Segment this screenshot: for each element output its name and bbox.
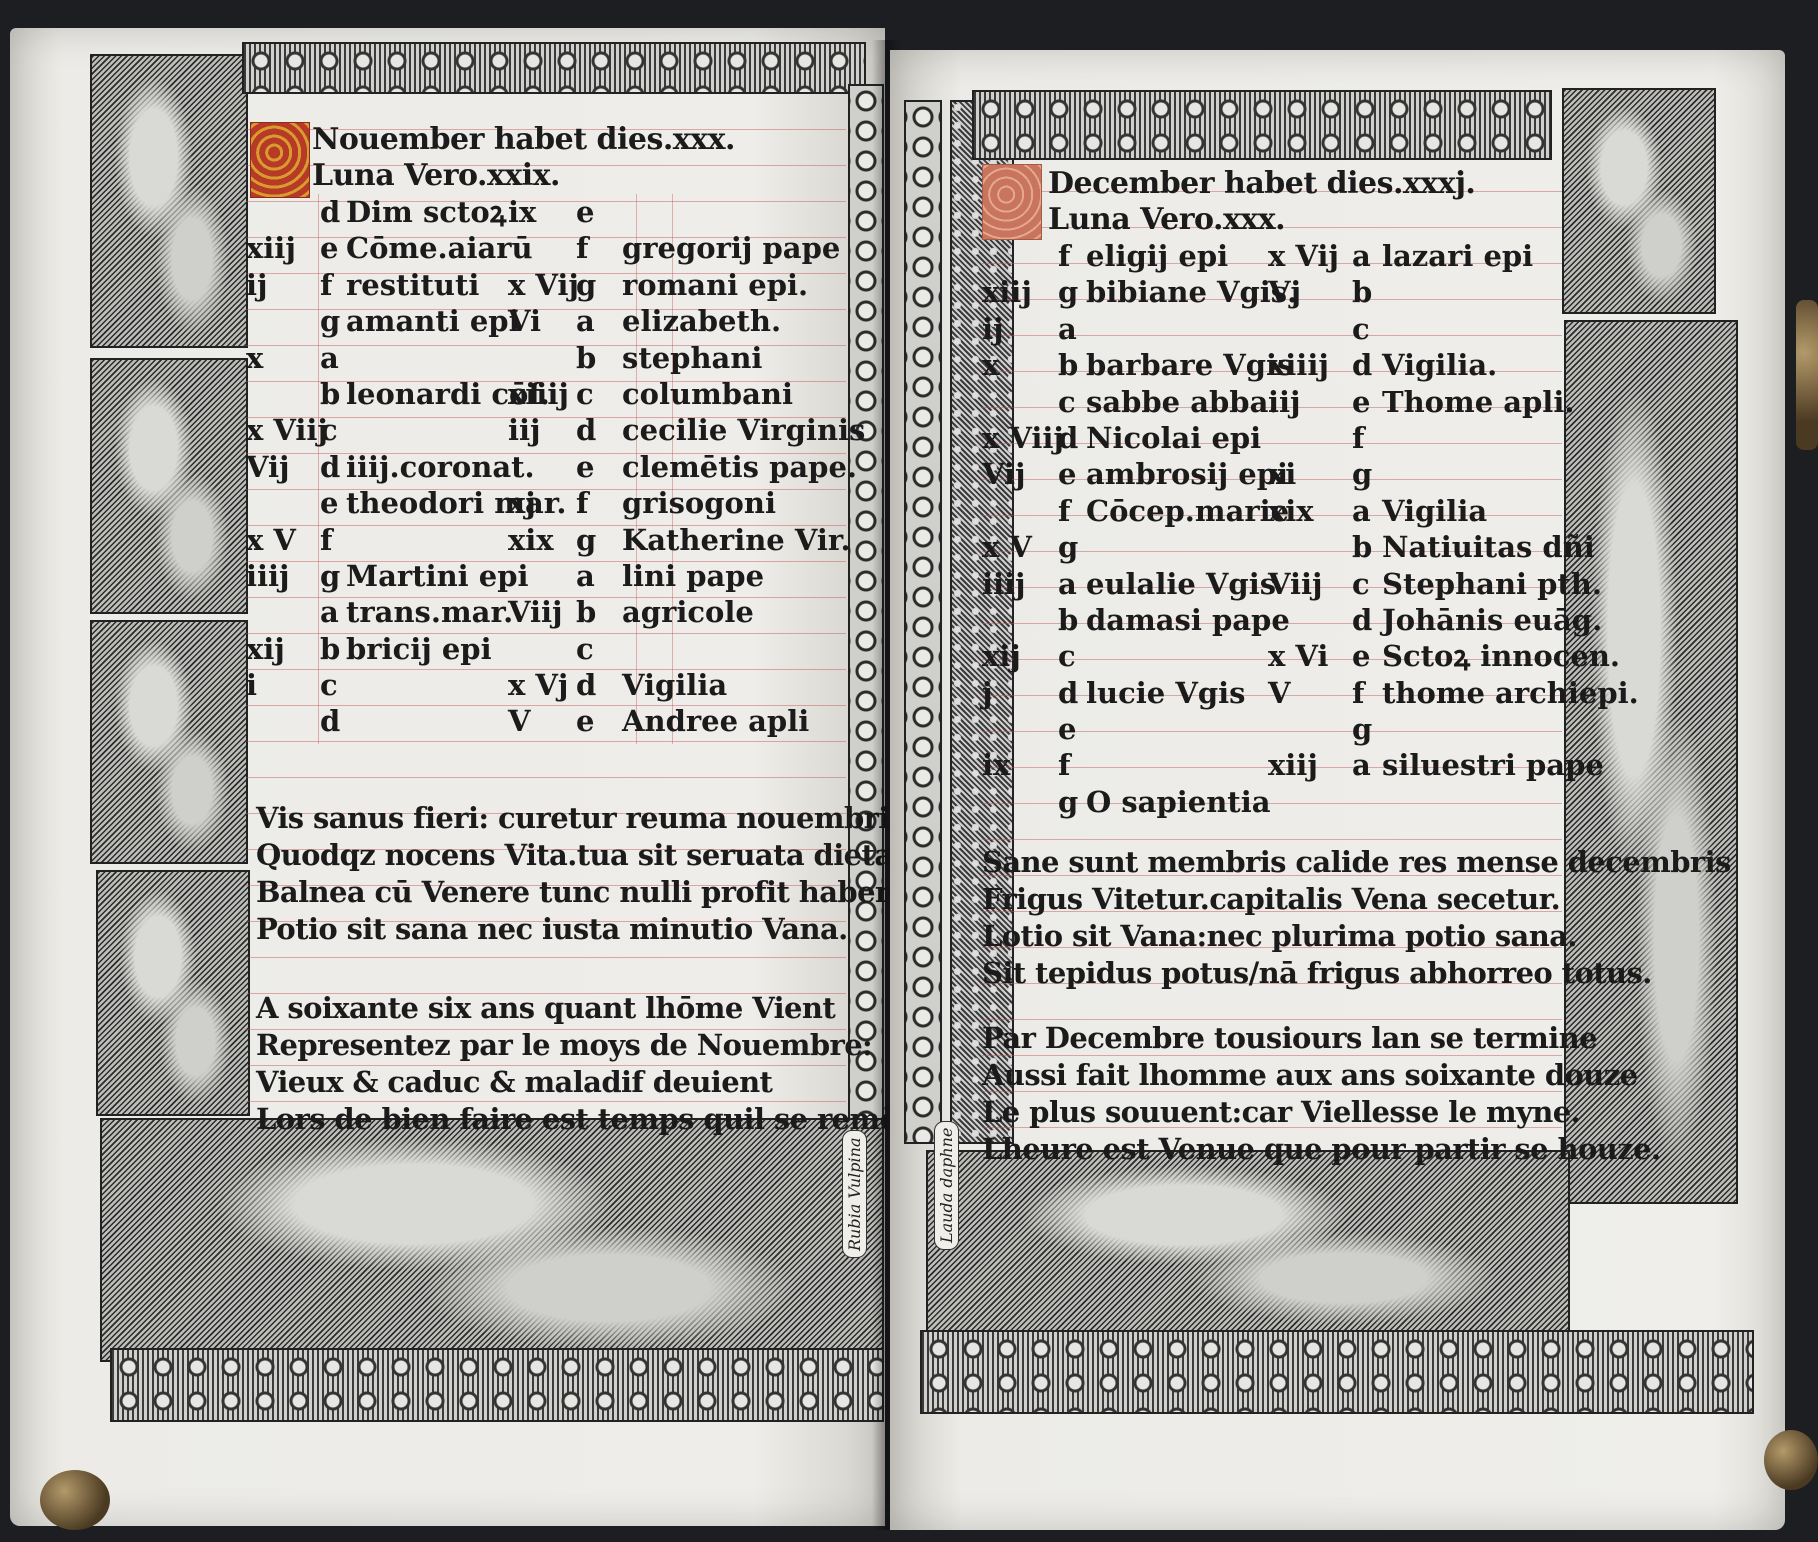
calendar-row: xabstephani (246, 340, 846, 376)
feast-name: restituti (346, 267, 479, 303)
golden-number: xj (508, 485, 536, 521)
verse-line: Frigus Vitetur.capitalis Vena secetur. (982, 881, 1731, 918)
feast-name: iiij.coronat. (346, 449, 535, 485)
feast-name: bibiane Vgis. (1086, 274, 1297, 310)
book-clasp-right (1764, 1430, 1818, 1490)
feast-name: trans.mar. (346, 594, 513, 630)
dominical-letter: g (576, 522, 596, 558)
dominical-letter: d (320, 194, 340, 230)
dominical-letter: e (1352, 384, 1370, 420)
feast-name: grisogoni (622, 485, 776, 521)
golden-number: x Viij (246, 412, 328, 448)
golden-number: V (1268, 675, 1291, 711)
feast-name: Dim sctoꝝ (346, 194, 506, 230)
golden-number: xiiij (1268, 347, 1329, 383)
verse-line: Potio sit sana nec iusta minutio Vana. (256, 911, 917, 948)
feast-name: lucie Vgis (1086, 675, 1245, 711)
calendar-table-december: feligij epix Vijalazari epixiijgbibiane … (982, 238, 1562, 820)
calendar-row: fCōcep.mariexixaVigilia (982, 493, 1562, 529)
dominical-letter: f (1058, 238, 1070, 274)
woodcut-zodiac-scene (90, 358, 248, 614)
verse-line: Lheure est Venue que pour partir se houz… (982, 1131, 1660, 1168)
dominical-letter: c (576, 376, 594, 412)
calendar-row: feligij epix Vijalazari epi (982, 238, 1562, 274)
dominical-letter: f (1058, 493, 1070, 529)
woodcut-labor-scene-top (90, 54, 248, 348)
calendar-row: x ViijdNicolai epif (982, 420, 1562, 456)
golden-number: ij (246, 267, 268, 303)
dominical-letter: e (320, 230, 338, 266)
latin-verse: Sane sunt membris calide res mense decem… (982, 844, 1731, 992)
feast-name: Vigilia (622, 667, 727, 703)
woodcut-foliage-figure-2 (96, 870, 250, 1116)
golden-number: Viij (508, 594, 563, 630)
dominical-letter: g (576, 267, 596, 303)
golden-number: Vj (1268, 274, 1301, 310)
dominical-letter: b (1058, 347, 1078, 383)
feast-name: Vigilia. (1382, 347, 1497, 383)
calendar-row: ixfxiijasiluestri pape (982, 747, 1562, 783)
calendar-row: ijfrestitutix Vijgromani epi. (246, 267, 846, 303)
golden-number: xiij (1268, 747, 1318, 783)
dominical-letter: e (1058, 711, 1076, 747)
woodcut-bottom-scene (926, 1150, 1570, 1334)
verse-line: Aussi fait lhomme aux ans soixante douze (982, 1057, 1660, 1094)
dominical-letter: e (576, 703, 594, 739)
dominical-letter: g (1058, 529, 1078, 565)
verse-line: Lors de bien faire est temps quil se rem… (256, 1101, 959, 1138)
verse-line: Sit tepidus potus/nā frigus abhorreo tot… (982, 955, 1731, 992)
golden-number: xiij (246, 230, 296, 266)
calendar-row: gO sapientia (982, 784, 1562, 820)
dominical-letter: c (576, 631, 594, 667)
golden-number: ix (508, 194, 536, 230)
golden-number: x Viij (982, 420, 1064, 456)
dominical-letter: a (1352, 747, 1371, 783)
calendar-row: atrans.mar.Viijbagricole (246, 594, 846, 630)
golden-number: xiij (982, 274, 1032, 310)
calendar-row: ijac (982, 311, 1562, 347)
feast-name: lazari epi (1382, 238, 1533, 274)
verse-line: Quodqz nocens Vita.tua sit seruata dieta… (256, 837, 917, 874)
dominical-letter: b (1352, 529, 1372, 565)
golden-number: Vij (246, 449, 290, 485)
dominical-letter: d (320, 449, 340, 485)
golden-number: i (246, 667, 257, 703)
dominical-letter: e (576, 449, 594, 485)
verse-line: Balnea cū Venere tunc nulli profit haber… (256, 874, 917, 911)
dominical-letter: g (1352, 456, 1372, 492)
feast-name: columbani (622, 376, 793, 412)
scroll-label: Lauda daphne (934, 1121, 959, 1250)
golden-number: iij (508, 412, 541, 448)
dominical-letter: d (1352, 347, 1372, 383)
dominical-letter: d (576, 412, 596, 448)
verse-line: Vis sanus fieri: curetur reuma nouembri. (256, 800, 917, 837)
feast-name: Johānis euāg. (1382, 602, 1602, 638)
french-verse: A soixante six ans quant lhōme Vient Rep… (256, 990, 959, 1138)
dominical-letter: c (1352, 311, 1370, 347)
golden-number: Vij (982, 456, 1026, 492)
lunar-line: Luna Vero.xxix. (312, 158, 560, 194)
golden-number: xi (1268, 456, 1296, 492)
feast-name: siluestri pape (1382, 747, 1604, 783)
verse-line: Lotio sit Vana:nec plurima potio sana. (982, 918, 1731, 955)
feast-name: Stephani pth. (1382, 566, 1602, 602)
dominical-letter: d (1058, 420, 1078, 456)
woodcut-bottom-plinth (110, 1348, 884, 1422)
scroll-label: Rubia Vulpina (842, 1131, 867, 1259)
dominical-letter: c (320, 412, 338, 448)
verse-line: A soixante six ans quant lhōme Vient (256, 990, 959, 1027)
dominical-letter: e (320, 485, 338, 521)
feast-name: Thome apli. (1382, 384, 1574, 420)
golden-number: x Vij (1268, 238, 1339, 274)
calendar-row: x Viijciijdcecilie Virginis (246, 412, 846, 448)
dominical-letter: c (320, 667, 338, 703)
woodcut-top-frieze (242, 42, 866, 94)
calendar-row: bleonardi cōf.xiiijccolumbani (246, 376, 846, 412)
feast-name: Martini epi (346, 558, 529, 594)
feast-name: Cōcep.marie (1086, 493, 1289, 529)
month-heading: December habet dies.xxxj. (1048, 166, 1475, 202)
feast-name: bricij epi (346, 631, 492, 667)
calendar-row: icx VjdVigilia (246, 667, 846, 703)
dominical-letter: e (1058, 456, 1076, 492)
decorated-initial-icon (250, 122, 310, 198)
calendar-row: xiijeCōme.aiarūfgregorij pape (246, 230, 846, 266)
book-clasp-left (40, 1470, 110, 1530)
feast-name: lini pape (622, 558, 764, 594)
calendar-row: x VgbNatiuitas dñi (982, 529, 1562, 565)
feast-name: amanti epi (346, 303, 520, 339)
golden-number: x Vi (1268, 638, 1328, 674)
golden-number: x Vij (508, 267, 579, 303)
dominical-letter: c (1352, 566, 1370, 602)
feast-name: Katherine Vir. (622, 522, 851, 558)
golden-number: xiiij (508, 376, 569, 412)
feast-name: Sctoꝝ innocen. (1382, 638, 1620, 674)
dominical-letter: f (576, 485, 588, 521)
left-text-block: Nouember habet dies.xxx. Luna Vero.xxix.… (246, 94, 846, 1114)
calendar-row: xbbarbare VgisxiiijdVigilia. (982, 347, 1562, 383)
woodcut-top-frieze (972, 90, 1552, 160)
feast-name: sabbe abba. (1086, 384, 1278, 420)
dominical-letter: b (576, 340, 596, 376)
dominical-letter: g (1058, 784, 1078, 820)
golden-number: V (508, 703, 531, 739)
dominical-letter: g (1352, 711, 1372, 747)
decorated-initial-icon (982, 164, 1042, 240)
feast-name: cecilie Virginis (622, 412, 865, 448)
dominical-letter: g (320, 558, 340, 594)
golden-number: x (982, 347, 999, 383)
calendar-row: dDim sctoꝝixe (246, 194, 846, 230)
golden-number: x V (246, 522, 296, 558)
verse-line: Par Decembre tousiours lan se termine (982, 1020, 1660, 1057)
calendar-row: Vijeambrosij epixig (982, 456, 1562, 492)
calendar-row: iiijgMartini epialini pape (246, 558, 846, 594)
dominical-letter: f (576, 230, 588, 266)
dominical-letter: d (320, 703, 340, 739)
golden-number: xij (246, 631, 285, 667)
calendar-row: dVeAndree apli (246, 703, 846, 739)
golden-number: Viij (1268, 566, 1323, 602)
golden-number: iiij (982, 566, 1026, 602)
french-verse: Par Decembre tousiours lan se termine Au… (982, 1020, 1660, 1168)
right-page-december: Lauda daphne December habet dies.xxxj. L… (890, 50, 1785, 1530)
calendar-table-november: dDim sctoꝝixexiijeCōme.aiarūfgregorij pa… (246, 194, 846, 740)
feast-name: damasi pape (1086, 602, 1290, 638)
dominical-letter: f (1352, 420, 1364, 456)
golden-number: ix (982, 747, 1010, 783)
dominical-letter: a (1352, 238, 1371, 274)
left-page-november: Rubia Vulpina Nouember habet dies.xxx. L… (10, 28, 885, 1526)
dominical-letter: c (1058, 638, 1076, 674)
dominical-letter: b (320, 631, 340, 667)
feast-name: elizabeth. (622, 303, 781, 339)
feast-name: eligij epi (1086, 238, 1228, 274)
dominical-letter: g (320, 303, 340, 339)
calendar-row: gamanti epiViaelizabeth. (246, 303, 846, 339)
book-clasp-right-upper (1796, 300, 1818, 450)
dominical-letter: d (576, 667, 596, 703)
dominical-letter: a (1352, 493, 1371, 529)
feast-name: Andree apli (622, 703, 809, 739)
woodcut-zodiac-scene (1562, 88, 1716, 314)
dominical-letter: d (1352, 602, 1372, 638)
calendar-row: bdamasi papedJohānis euāg. (982, 602, 1562, 638)
golden-number: x (246, 340, 263, 376)
golden-number: j (982, 675, 993, 711)
verse-line: Le plus souuent:car Viellesse le myne. (982, 1094, 1660, 1131)
calendar-row: iiijaeulalie VgisViijcStephani pth. (982, 566, 1562, 602)
golden-number: x Vj (508, 667, 568, 703)
golden-number: Vi (508, 303, 541, 339)
woodcut-foliage-figure (90, 620, 248, 864)
woodcut-left-chain-border (904, 100, 942, 1144)
golden-number: ij (982, 311, 1004, 347)
dominical-letter: a (1058, 311, 1077, 347)
dominical-letter: c (1058, 384, 1076, 420)
golden-number: xix (1268, 493, 1314, 529)
woodcut-bottom-scene (100, 1118, 884, 1362)
golden-number: iij (1268, 384, 1301, 420)
verse-line: Representez par le moys de Nouembre: (256, 1027, 959, 1064)
feast-name: Cōme.aiarū (346, 230, 533, 266)
feast-name: Vigilia (1382, 493, 1487, 529)
feast-name: barbare Vgis (1086, 347, 1293, 383)
verse-line: Vieux & caduc & maladif deuient (256, 1064, 959, 1101)
calendar-row: Vijdiiij.coronat.eclemētis pape. (246, 449, 846, 485)
feast-name: stephani (622, 340, 762, 376)
dominical-letter: f (320, 267, 332, 303)
latin-verse: Vis sanus fieri: curetur reuma nouembri.… (256, 800, 917, 948)
calendar-row: etheodori mar.xjfgrisogoni (246, 485, 846, 521)
dominical-letter: b (576, 594, 596, 630)
woodcut-bottom-plinth (920, 1330, 1754, 1414)
lunar-line: Luna Vero.xxx. (1048, 202, 1285, 238)
dominical-letter: f (320, 522, 332, 558)
calendar-row: xiijgbibiane Vgis.Vjb (982, 274, 1562, 310)
feast-name: O sapientia (1086, 784, 1271, 820)
feast-name: agricole (622, 594, 754, 630)
feast-name: clemētis pape. (622, 449, 857, 485)
dominical-letter: f (1058, 747, 1070, 783)
golden-number: xij (982, 638, 1021, 674)
calendar-row: xijbbricij epic (246, 631, 846, 667)
open-book: Rubia Vulpina Nouember habet dies.xxx. L… (0, 0, 1818, 1542)
feast-name: Natiuitas dñi (1382, 529, 1595, 565)
dominical-letter: a (576, 558, 595, 594)
feast-name: thome archiepi. (1382, 675, 1639, 711)
dominical-letter: a (320, 340, 339, 376)
golden-number: x V (982, 529, 1032, 565)
dominical-letter: a (576, 303, 595, 339)
feast-name: eulalie Vgis (1086, 566, 1276, 602)
dominical-letter: e (576, 194, 594, 230)
right-text-block: December habet dies.xxxj. Luna Vero.xxx.… (982, 156, 1562, 1146)
calendar-row: eg (982, 711, 1562, 747)
dominical-letter: b (1352, 274, 1372, 310)
calendar-row: jdlucie VgisVfthome archiepi. (982, 675, 1562, 711)
dominical-letter: e (1352, 638, 1370, 674)
feast-name: ambrosij epi (1086, 456, 1288, 492)
dominical-letter: d (1058, 675, 1078, 711)
calendar-row: csabbe abba.iijeThome apli. (982, 384, 1562, 420)
dominical-letter: b (320, 376, 340, 412)
golden-number: iiij (246, 558, 290, 594)
feast-name: romani epi. (622, 267, 808, 303)
verse-line: Sane sunt membris calide res mense decem… (982, 844, 1731, 881)
golden-number: xix (508, 522, 554, 558)
feast-name: Nicolai epi (1086, 420, 1261, 456)
dominical-letter: b (1058, 602, 1078, 638)
dominical-letter: g (1058, 274, 1078, 310)
dominical-letter: a (1058, 566, 1077, 602)
dominical-letter: f (1352, 675, 1364, 711)
feast-name: gregorij pape (622, 230, 840, 266)
calendar-row: xijcx VieSctoꝝ innocen. (982, 638, 1562, 674)
calendar-row: x VfxixgKatherine Vir. (246, 522, 846, 558)
dominical-letter: a (320, 594, 339, 630)
month-heading: Nouember habet dies.xxx. (312, 122, 735, 158)
